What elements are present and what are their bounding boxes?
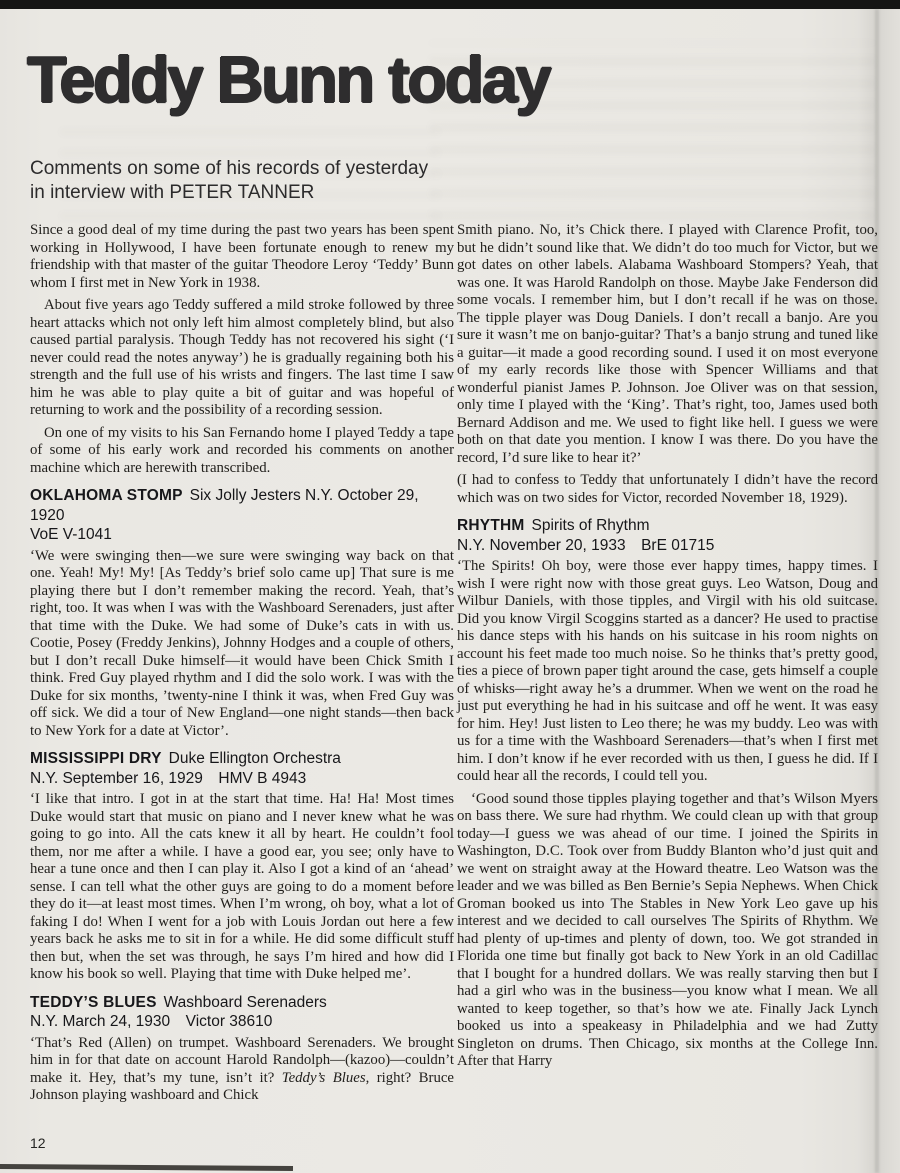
subtitle: Comments on some of his records of yeste… [30,157,428,204]
subtitle-line2: in interview with PETER TANNER [30,181,428,205]
record-artist: Duke Ellington Orchestra [169,750,341,767]
subtitle-line1: Comments on some of his records of yeste… [30,157,428,181]
page-number: 12 [30,1135,46,1151]
record-heading-rhythm: RHYTHMSpirits of Rhythm N.Y. November 20… [457,516,878,555]
intro-paragraph-3: On one of my visits to his San Fernando … [30,425,454,478]
record-date-catalogue: N.Y. September 16, 1929 HMV B 4943 [30,770,306,787]
comment-continued: Smith piano. No, it’s Chick there. I pla… [457,222,878,467]
record-date-catalogue: N.Y. November 20, 1933 BrE 01715 [457,537,714,554]
record-heading-mississippi-dry: MISSISSIPPI DRYDuke Ellington Orchestra … [30,749,454,788]
record-comment-oklahoma-stomp: ‘We were swinging then—we sure were swin… [30,548,454,741]
intro-paragraph-2: About five years ago Teddy suffered a mi… [30,297,454,420]
interviewer-note: (I had to confess to Teddy that unfortun… [457,472,878,507]
record-name-italic: Teddy’s Blues [282,1070,366,1086]
magazine-page: Teddy Bunn today Comments on some of his… [0,0,900,1173]
record-title: TEDDY’S BLUES [30,994,157,1011]
record-comment-rhythm-1: ‘The Spirits! Oh boy, were those ever ha… [457,558,878,786]
intro-paragraph-1: Since a good deal of my time during the … [30,222,454,292]
record-title: OKLAHOMA STOMP [30,487,183,504]
record-catalogue: VoE V-1041 [30,526,112,543]
record-artist: Spirits of Rhythm [532,517,650,534]
record-comment-rhythm-2: ‘Good sound those tipples playing togeth… [457,791,878,1071]
right-column: Smith piano. No, it’s Chick there. I pla… [457,222,878,1076]
record-comment-teddys-blues: ‘That’s Red (Allen) on trumpet. Washboar… [30,1035,454,1105]
left-column: Since a good deal of my time during the … [30,222,454,1110]
record-title: MISSISSIPPI DRY [30,750,162,767]
record-title: RHYTHM [457,517,525,534]
record-heading-teddys-blues: TEDDY’S BLUESWashboard Serenaders N.Y. M… [30,993,454,1032]
scan-bottom-edge-mark [0,1164,293,1171]
record-comment-mississippi-dry: ‘I like that intro. I got in at the star… [30,791,454,984]
record-date-catalogue: N.Y. March 24, 1930 Victor 38610 [30,1013,272,1030]
record-heading-oklahoma-stomp: OKLAHOMA STOMPSix Jolly Jesters N.Y. Oct… [30,486,454,545]
page-title: Teddy Bunn today [27,42,549,117]
record-artist: Washboard Serenaders [164,994,327,1011]
scan-top-edge [0,0,900,9]
